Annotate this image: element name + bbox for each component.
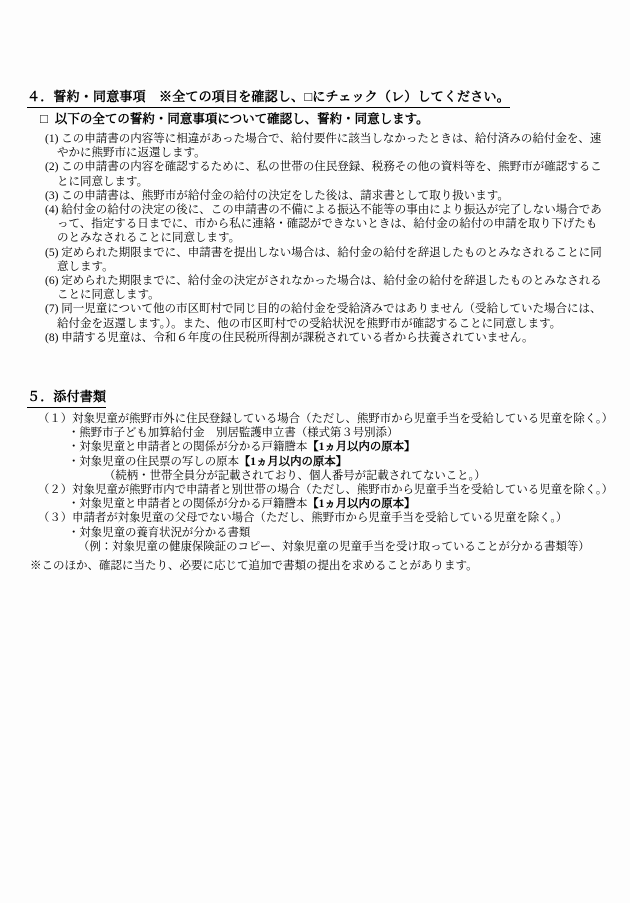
pledge-item-list: (1) この申請書の内容等に相違があった場合で、給付要件に該当しなかったときは、… (45, 132, 607, 345)
section-pledge-consent: ４．誓約・同意事項 ※全ての項目を確認し、□にチェック（レ）してください。 □ … (27, 88, 607, 345)
attachment-text: （続柄・世帯全員分が記載されており、個人番号が記載されてないこと。） (104, 470, 486, 482)
attachment-doc-note: （続柄・世帯全員分が記載されており、個人番号が記載されてないこと。） (104, 469, 609, 483)
attachment-text: ・対象児童の住民票の写しの原本 (68, 456, 239, 468)
attachment-doc: ・対象児童の養育状況が分かる書類 (68, 526, 609, 540)
attachment-text: ・対象児童と申請者との関係が分かる戸籍謄本 (68, 441, 307, 453)
attachment-doc: ・対象児童の住民票の写しの原本【1ヵ月以内の原本】 (68, 455, 609, 469)
attachment-text: （３）申請者が対象児童の父母でない場合（ただし、熊野市から児童手当を受給している… (38, 512, 567, 524)
agreement-label: 以下の全ての誓約・同意事項について確認し、誓約・同意します。 (55, 111, 429, 127)
section-attachments: ５．添付書類 （１）対象児童が熊野市外に住民登録している場合（ただし、熊野市から… (27, 388, 609, 554)
attachment-doc: ・対象児童と申請者との関係が分かる戸籍謄本【1ヵ月以内の原本】 (68, 440, 609, 454)
attachment-text: ・熊野市子ども加算給付金 別居監護申立書（様式第３号別添） (68, 427, 398, 439)
attachment-doc: ・熊野市子ども加算給付金 別居監護申立書（様式第３号別添） (68, 426, 609, 440)
pledge-item-1: (1) この申請書の内容等に相違があった場合で、給付要件に該当しなかったときは、… (45, 132, 607, 160)
attachment-text: （例：対象児童の健康保険証のコピー、対象児童の児童手当を受け取っていることが分か… (78, 541, 590, 553)
attachment-text: ・対象児童と申請者との関係が分かる戸籍謄本 (68, 498, 307, 510)
pledge-item-4: (4) 給付金の給付の決定の後に、この申請書の不備による振込不能等の事由により振… (45, 203, 607, 246)
section4-heading: ４．誓約・同意事項 ※全ての項目を確認し、□にチェック（レ）してください。 (27, 89, 510, 108)
attachment-text: （１）対象児童が熊野市外に住民登録している場合（ただし、熊野市から児童手当を受給… (38, 413, 613, 425)
attachment-case-1: （１）対象児童が熊野市外に住民登録している場合（ただし、熊野市から児童手当を受給… (38, 412, 609, 426)
pledge-item-8: (8) 申請する児童は、令和６年度の住民税所得割が課税されている者から扶養されて… (45, 331, 607, 345)
attachment-text: （２）対象児童が熊野市内で申請者と別世帯の場合（ただし、熊野市から児童手当を受給… (38, 484, 613, 496)
section5-heading: ５．添付書類 (27, 389, 106, 408)
original-copy-note: 【1ヵ月以内の原本】 (307, 498, 415, 510)
pledge-item-5: (5) 定められた期限までに、申請書を提出しない場合は、給付金の給付を辞退したも… (45, 246, 607, 274)
attachment-list: （１）対象児童が熊野市外に住民登録している場合（ただし、熊野市から児童手当を受給… (27, 412, 609, 554)
attachment-text: ・対象児童の養育状況が分かる書類 (68, 527, 250, 539)
attachment-case-2: （２）対象児童が熊野市内で申請者と別世帯の場合（ただし、熊野市から児童手当を受給… (38, 483, 609, 497)
agreement-line: □ 以下の全ての誓約・同意事項について確認し、誓約・同意します。 (40, 111, 607, 127)
pledge-item-3: (3) この申請書は、熊野市が給付金の給付の決定をした後は、請求書として取り扱い… (45, 189, 607, 203)
original-copy-note: 【1ヵ月以内の原本】 (307, 441, 415, 453)
original-copy-note: 【1ヵ月以内の原本】 (239, 456, 347, 468)
pledge-item-7: (7) 同一児童について他の市区町村で同じ目的の給付金を受給済みではありません（… (45, 302, 607, 330)
attachment-doc: ・対象児童と申請者との関係が分かる戸籍謄本【1ヵ月以内の原本】 (68, 497, 609, 511)
agreement-checkbox[interactable]: □ (40, 111, 48, 127)
form-page: ４．誓約・同意事項 ※全ての項目を確認し、□にチェック（レ）してください。 □ … (0, 0, 630, 903)
attachment-case-3: （３）申請者が対象児童の父母でない場合（ただし、熊野市から児童手当を受給している… (38, 511, 609, 525)
pledge-item-2: (2) この申請書の内容を確認するために、私の世帯の住民登録、税務その他の資料等… (45, 160, 607, 188)
additional-documents-note: ※このほか、確認に当たり、必要に応じて追加で書類の提出を求めることがあります。 (30, 559, 478, 573)
attachment-doc-example: （例：対象児童の健康保険証のコピー、対象児童の児童手当を受け取っていることが分か… (78, 540, 609, 554)
pledge-item-6: (6) 定められた期限までに、給付金の決定がされなかった場合は、給付金の給付を辞… (45, 274, 607, 302)
